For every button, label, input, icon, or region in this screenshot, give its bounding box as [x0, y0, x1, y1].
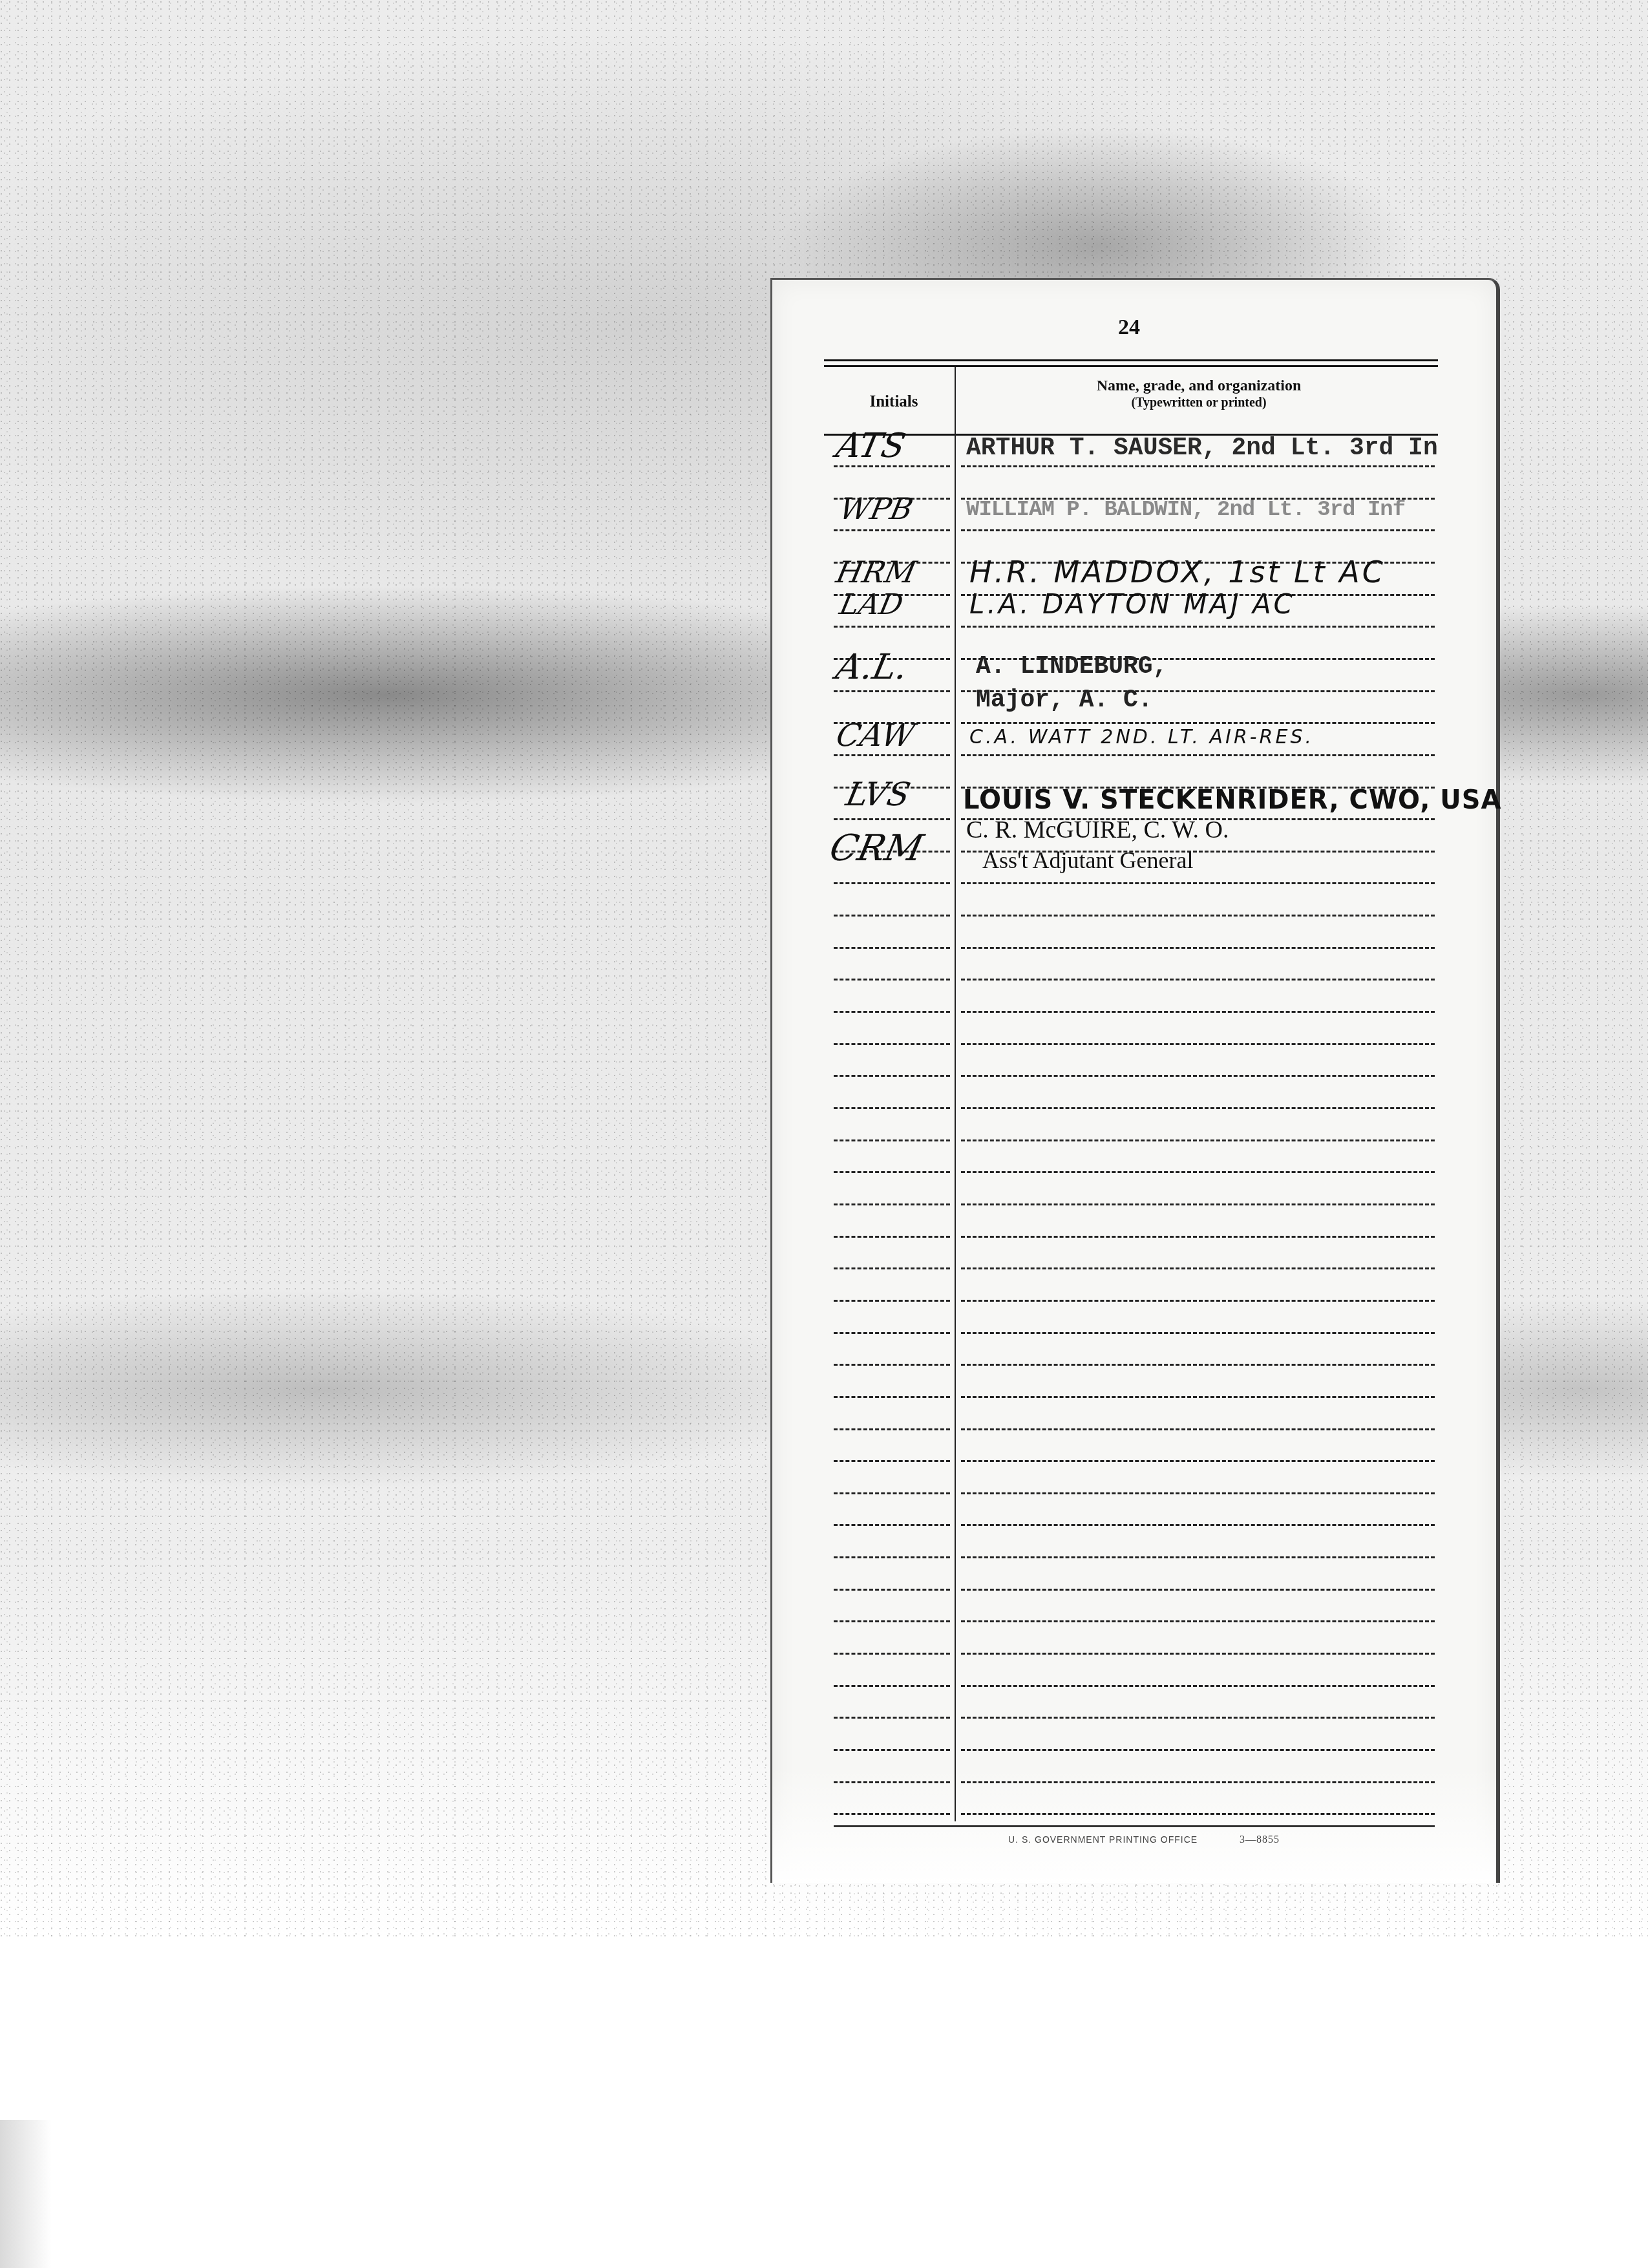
initials-entry-4: LAD — [837, 588, 906, 621]
ruled-line-initials — [834, 1203, 950, 1205]
ruled-line-initials — [834, 1364, 950, 1366]
initials-entry-7: LVS — [843, 776, 914, 813]
ruled-line-initials — [834, 1813, 950, 1815]
name-entry-2: WILLIAM P. BALDWIN, 2nd Lt. 3rd Inf — [966, 498, 1405, 522]
printer-imprint: U. S. GOVERNMENT PRINTING OFFICE 3—8855 — [1008, 1834, 1370, 1846]
ruled-line-initials — [834, 465, 950, 467]
ruled-line-name — [961, 1171, 1435, 1173]
ruled-line-name — [961, 1653, 1435, 1655]
ruled-line-initials — [834, 626, 950, 628]
ruled-line-initials — [834, 1396, 950, 1398]
ruled-line-initials — [834, 690, 950, 692]
form-code: 3—8855 — [1240, 1834, 1280, 1845]
ruled-line-name — [961, 1396, 1435, 1398]
ruled-line-name — [961, 1524, 1435, 1526]
ruled-line-name — [961, 626, 1435, 628]
ruled-line-initials — [834, 1075, 950, 1077]
ruled-line-initials — [834, 915, 950, 917]
initials-entry-5: A.L. — [832, 646, 912, 687]
ruled-line-initials — [834, 1011, 950, 1013]
ruled-line-name — [961, 1460, 1435, 1462]
ruled-line-initials — [834, 1556, 950, 1558]
header-rule-top — [824, 359, 1438, 361]
ruled-line-name — [961, 1364, 1435, 1366]
column-header-name: Name, grade, and organization (Typewritt… — [956, 377, 1441, 411]
ruled-line-name — [961, 1717, 1435, 1719]
initials-entry-8: CRM — [826, 827, 927, 869]
ruled-line-name — [961, 1203, 1435, 1205]
ruled-line-initials — [834, 1653, 950, 1655]
ruled-line-name — [961, 1043, 1435, 1045]
ruled-line-name — [961, 1267, 1435, 1269]
ruled-line-name — [961, 754, 1435, 756]
name-entry-5-grade: Major, A. C. — [976, 686, 1153, 714]
ruled-line-initials — [834, 529, 950, 531]
page-number: 24 — [1113, 315, 1145, 340]
ruled-line-name — [961, 1332, 1435, 1334]
initials-entry-3: HRM — [833, 555, 919, 589]
ruled-line-initials — [834, 1332, 950, 1334]
ruled-line-name — [961, 465, 1435, 467]
ruled-line-name — [961, 915, 1435, 917]
ruled-line-name — [961, 947, 1435, 949]
ruled-line-name — [961, 1781, 1435, 1783]
name-entry-4: L.A. DAYTON MAJ AC — [969, 588, 1295, 620]
ruled-line-name — [961, 882, 1435, 884]
name-entry-8: C. R. McGUIRE, C. W. O. — [966, 816, 1229, 844]
ruled-line-initials — [834, 1717, 950, 1719]
ruled-line-name — [961, 1813, 1435, 1815]
ruled-line-initials — [834, 882, 950, 884]
ruled-line-name — [961, 979, 1435, 980]
ruled-line-initials — [834, 1107, 950, 1109]
ruled-line-name — [961, 1011, 1435, 1013]
ruled-line-name — [961, 1620, 1435, 1622]
ruled-line-initials — [834, 1620, 950, 1622]
ruled-line-name — [961, 1075, 1435, 1077]
ruled-line-initials — [834, 1300, 950, 1302]
ruled-line-initials — [834, 1460, 950, 1462]
ruled-line-initials — [834, 1749, 950, 1751]
ruled-line-initials — [834, 1524, 950, 1526]
ruled-line-initials — [834, 1171, 950, 1173]
column-divider — [955, 367, 956, 1821]
ruled-line-name — [961, 1139, 1435, 1141]
column-header-name-subtitle: (Typewritten or printed) — [956, 394, 1441, 411]
initials-entry-6: CAW — [833, 717, 918, 754]
ruled-line-name — [961, 1107, 1435, 1109]
name-entry-6: C.A. WATT 2ND. LT. AIR-RES. — [969, 726, 1314, 748]
ruled-line-name — [961, 1589, 1435, 1591]
scan-edge-shadow — [0, 2120, 52, 2268]
name-entry-3: H.R. MADDOX, 1st Lt AC — [969, 555, 1386, 589]
header-rule-bottom — [824, 365, 1438, 367]
column-header-initials: Initials — [834, 393, 954, 411]
ruled-line-initials — [834, 1043, 950, 1045]
ruled-line-initials — [834, 947, 950, 949]
ruled-line-initials — [834, 1492, 950, 1494]
ruled-line-initials — [834, 1589, 950, 1591]
ruled-line-initials — [834, 754, 950, 756]
ruled-line-initials — [834, 1236, 950, 1238]
name-entry-1: ARTHUR T. SAUSER, 2nd Lt. 3rd In — [966, 434, 1438, 462]
ruled-line-initials — [834, 1428, 950, 1430]
ruled-line-name — [961, 1428, 1435, 1430]
ruled-line-initials — [834, 979, 950, 980]
ruled-line-initials — [834, 1139, 950, 1141]
name-entry-5: A. LINDEBURG, — [976, 653, 1167, 681]
ruled-line-name — [961, 722, 1435, 724]
name-entry-7: LOUIS V. STECKENRIDER, CWO, USA — [963, 785, 1502, 815]
column-header-name-title: Name, grade, and organization — [1097, 377, 1302, 394]
ruled-line-initials — [834, 1685, 950, 1687]
ruled-line-name — [961, 1492, 1435, 1494]
ruled-line-initials — [834, 818, 950, 820]
ruled-line-name — [961, 1749, 1435, 1751]
initials-entry-1: ATS — [833, 427, 909, 465]
ruled-line-name — [961, 1236, 1435, 1238]
initials-entry-2: WPB — [836, 491, 916, 526]
ruled-line-name — [961, 1556, 1435, 1558]
ruled-line-initials — [834, 1267, 950, 1269]
ruled-line-initials — [834, 1781, 950, 1783]
ruled-line-name — [961, 529, 1435, 531]
ruled-line-name — [961, 1685, 1435, 1687]
printer-name: U. S. GOVERNMENT PRINTING OFFICE — [1008, 1834, 1198, 1845]
name-entry-8-title: Ass't Adjutant General — [982, 847, 1193, 874]
ruled-line-name — [961, 1300, 1435, 1302]
bottom-rule — [834, 1825, 1435, 1827]
